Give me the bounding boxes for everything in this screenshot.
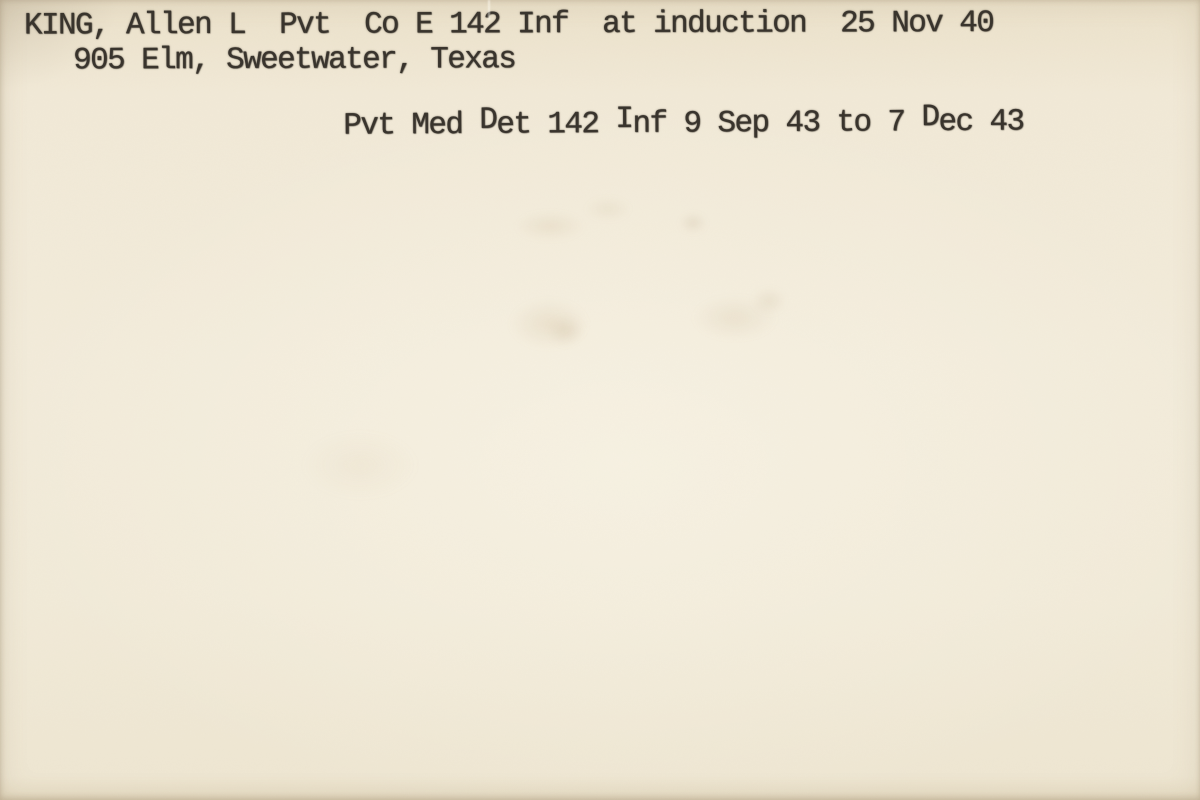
record-line-3-segment: et 142 <box>496 107 615 143</box>
record-line-3-segment-raised: I <box>615 104 632 135</box>
record-line-3-segment-raised: D <box>479 105 496 136</box>
record-line-3-segment-raised: D <box>921 102 938 133</box>
record-line-service-dates: Pvt Med Det 142 Inf 9 Sep 43 to 7 Dec 43 <box>241 76 1024 174</box>
index-card: KING, Allen L Pvt Co E 142 Inf at induct… <box>0 0 1200 800</box>
record-line-3-segment: ec 43 <box>938 105 1023 141</box>
typewritten-text-block: KING, Allen L Pvt Co E 142 Inf at induct… <box>0 0 1200 800</box>
record-line-name-rank-unit: KING, Allen L Pvt Co E 142 Inf at induct… <box>24 8 993 42</box>
record-line-3-segment: nf 9 Sep 43 to 7 <box>632 105 921 142</box>
record-line-address: 905 Elm, Sweetwater, Texas <box>73 44 515 76</box>
record-line-3-segment: Pvt Med <box>343 108 479 144</box>
